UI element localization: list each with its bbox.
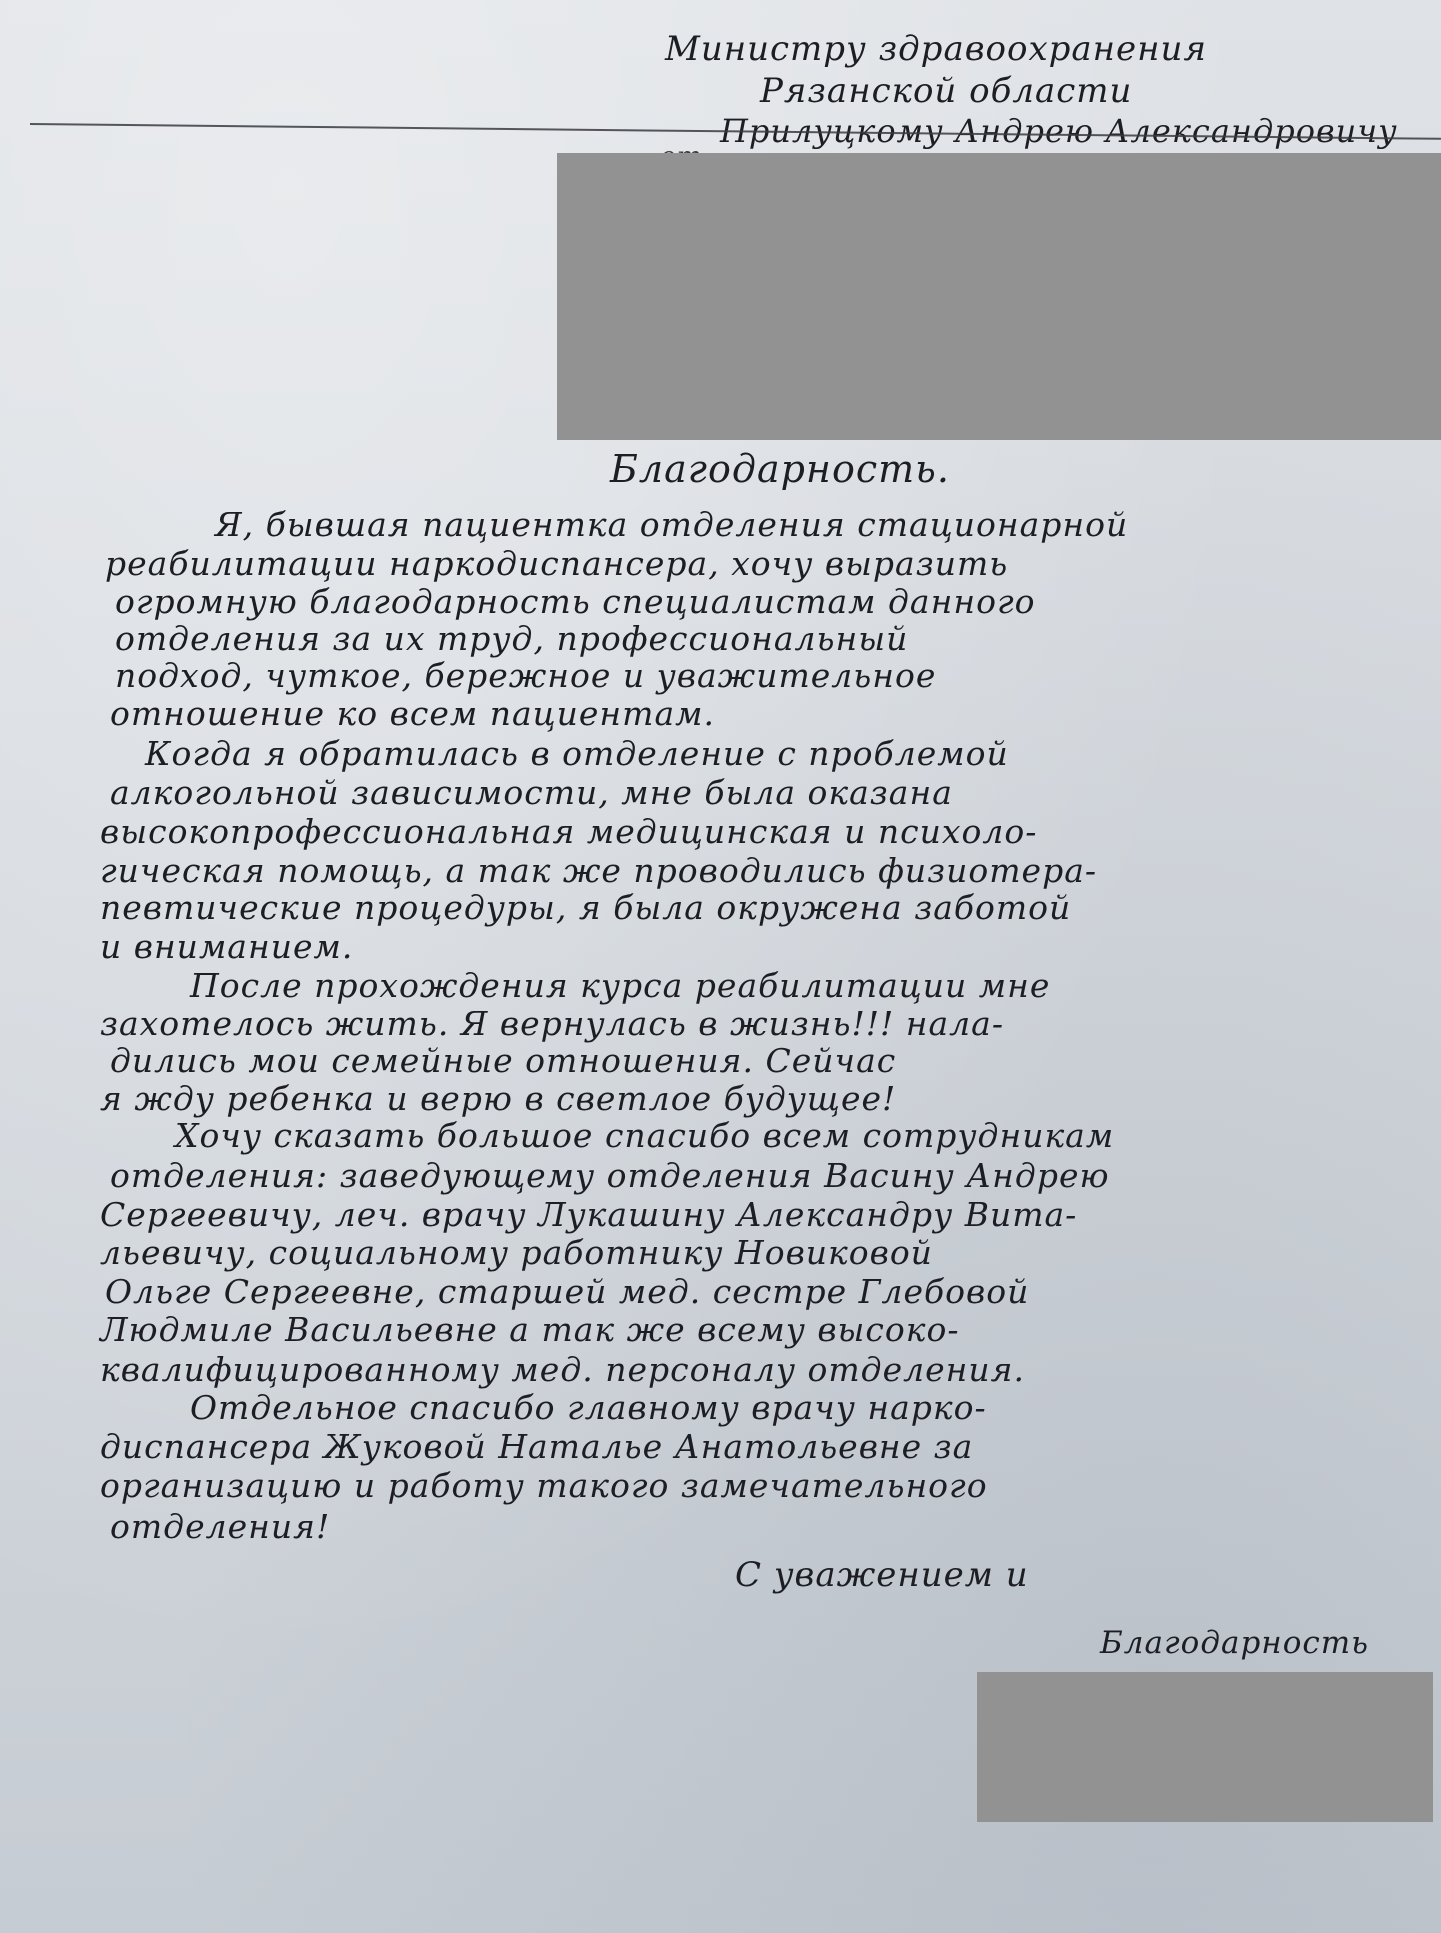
- letter-body-line: квалифицированному мед. персоналу отделе…: [100, 1351, 1025, 1388]
- letter-title: Благодарность.: [610, 447, 950, 491]
- letter-body-line: дились мои семейные отношения. Сейчас: [110, 1042, 896, 1079]
- letter-body-line: Когда я обратилась в отделение с проблем…: [145, 735, 1009, 772]
- letter-body-line: высокопрофессиональная медицинская и пси…: [100, 813, 1037, 850]
- letter-body-line: я жду ребенка и верю в светлое будущее!: [100, 1080, 896, 1117]
- closing-regards: С уважением и: [735, 1555, 1029, 1595]
- closing-gratitude: Благодарность: [1100, 1625, 1369, 1661]
- letter-body-line: реабилитации наркодиспансера, хочу выраз…: [105, 545, 1008, 582]
- letter-body-line: Людмиле Васильевне а так же всему высоко…: [100, 1311, 960, 1348]
- letter-body-line: организацию и работу такого замечательно…: [100, 1467, 988, 1504]
- letter-body-line: отделения за их труд, профессиональный: [115, 620, 908, 657]
- letter-body-line: Я, бывшая пациентка отделения стационарн…: [215, 506, 1128, 543]
- letter-body-line: отделения: заведующему отделения Васину …: [110, 1157, 1110, 1194]
- letter-body-line: захотелось жить. Я вернулась в жизнь!!! …: [100, 1005, 1004, 1042]
- letter-body-line: подход, чуткое, бережное и уважительное: [115, 657, 936, 694]
- letter-body-line: Отдельное спасибо главному врачу нарко-: [190, 1389, 987, 1426]
- addressee-line-1: Министру здравоохранения: [665, 30, 1207, 68]
- letter-body-line: Ольге Сергеевне, старшей мед. сестре Гле…: [105, 1273, 1029, 1310]
- letter-body-line: льевичу, социальному работнику Новиковой: [100, 1234, 933, 1271]
- letter-body-line: После прохождения курса реабилитации мне: [190, 967, 1050, 1004]
- addressee-line-2: Рязанской области: [760, 72, 1132, 110]
- letter-body-line: отделения!: [110, 1508, 330, 1545]
- letter-body-line: огромную благодарность специалистам данн…: [115, 583, 1036, 620]
- letter-body-line: Хочу сказать большое спасибо всем сотруд…: [175, 1117, 1114, 1154]
- letter-body-line: и вниманием.: [100, 928, 353, 965]
- letter-body-line: гическая помощь, а так же проводились фи…: [100, 852, 1097, 889]
- sender-redaction: [557, 153, 1441, 440]
- letter-body-line: Сергеевичу, леч. врачу Лукашину Александ…: [100, 1196, 1077, 1233]
- letter-body-line: диспансера Жуковой Наталье Анатольевне з…: [100, 1428, 973, 1465]
- letter-body-line: отношение ко всем пациентам.: [110, 695, 715, 732]
- letter-body-line: алкогольной зависимости, мне была оказан…: [110, 774, 953, 811]
- signature-redaction: [977, 1672, 1433, 1822]
- letter-body-line: певтические процедуры, я была окружена з…: [100, 889, 1071, 926]
